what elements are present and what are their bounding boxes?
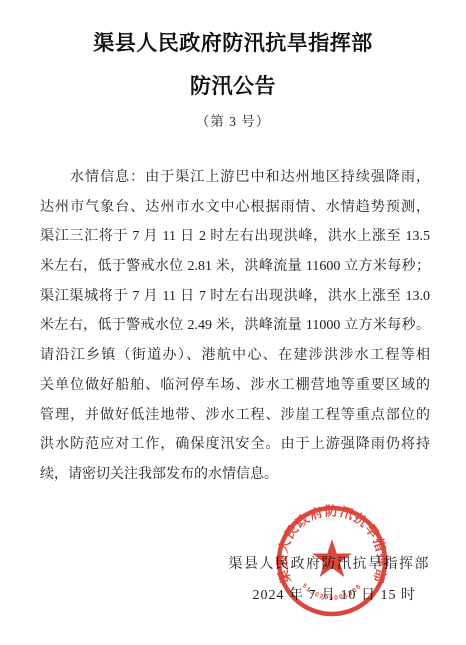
notice-body: 水情信息：由于渠江上游巴中和达州地区持续强降雨， 达州市气象台、达州市水文中心根… <box>40 163 430 490</box>
doc-title: 防汛公告 <box>0 70 466 100</box>
signatory-name: 渠县人民政府防汛抗旱指挥部 <box>229 549 431 580</box>
signature-date: 2024 年 7 月 10 日 15 时 <box>229 580 417 611</box>
body-line: 洪水防范应对工作，确保度汛安全。由于上游强降雨仍将持 <box>40 430 430 460</box>
org-title: 渠县人民政府防汛抗旱指挥部 <box>0 27 466 57</box>
body-line: 渠江三汇将于 7 月 11 日 2 时左右出现洪峰，洪水上涨至 13.5 <box>40 222 430 252</box>
body-line: 请沿江乡镇（街道办）、港航中心、在建涉洪涉水工程等相 <box>40 341 430 371</box>
body-line: 米左右，低于警戒水位 2.81 米，洪峰流量 11600 立方米每秒； <box>40 252 430 282</box>
signature-block: 渠县人民政府防汛抗旱指挥部 2024 年 7 月 10 日 15 时 <box>229 549 431 611</box>
body-line: 管理，并做好低洼地带、涉水工程、涉崖工程等重点部位的 <box>40 401 430 431</box>
body-line: 水情信息：由于渠江上游巴中和达州地区持续强降雨， <box>40 163 430 193</box>
body-line: 渠江渠城将于 7 月 11 日 7 时左右出现洪峰，洪水上涨至 13.0 <box>40 282 430 312</box>
body-line: 续，请密切关注我部发布的水情信息。 <box>40 460 430 490</box>
doc-number: （第 3 号） <box>0 110 466 130</box>
document-page: 渠县人民政府防汛抗旱指挥部 防汛公告 （第 3 号） 水情信息：由于渠江上游巴中… <box>0 0 466 645</box>
body-line: 米左右，低于警戒水位 2.49 米，洪峰流量 11000 立方米每秒。 <box>40 311 430 341</box>
body-line: 达州市气象台、达州市水文中心根据雨情、水情趋势预测， <box>40 193 430 223</box>
body-line: 关单位做好船舶、临河停车场、涉水工棚营地等重要区域的 <box>40 371 430 401</box>
